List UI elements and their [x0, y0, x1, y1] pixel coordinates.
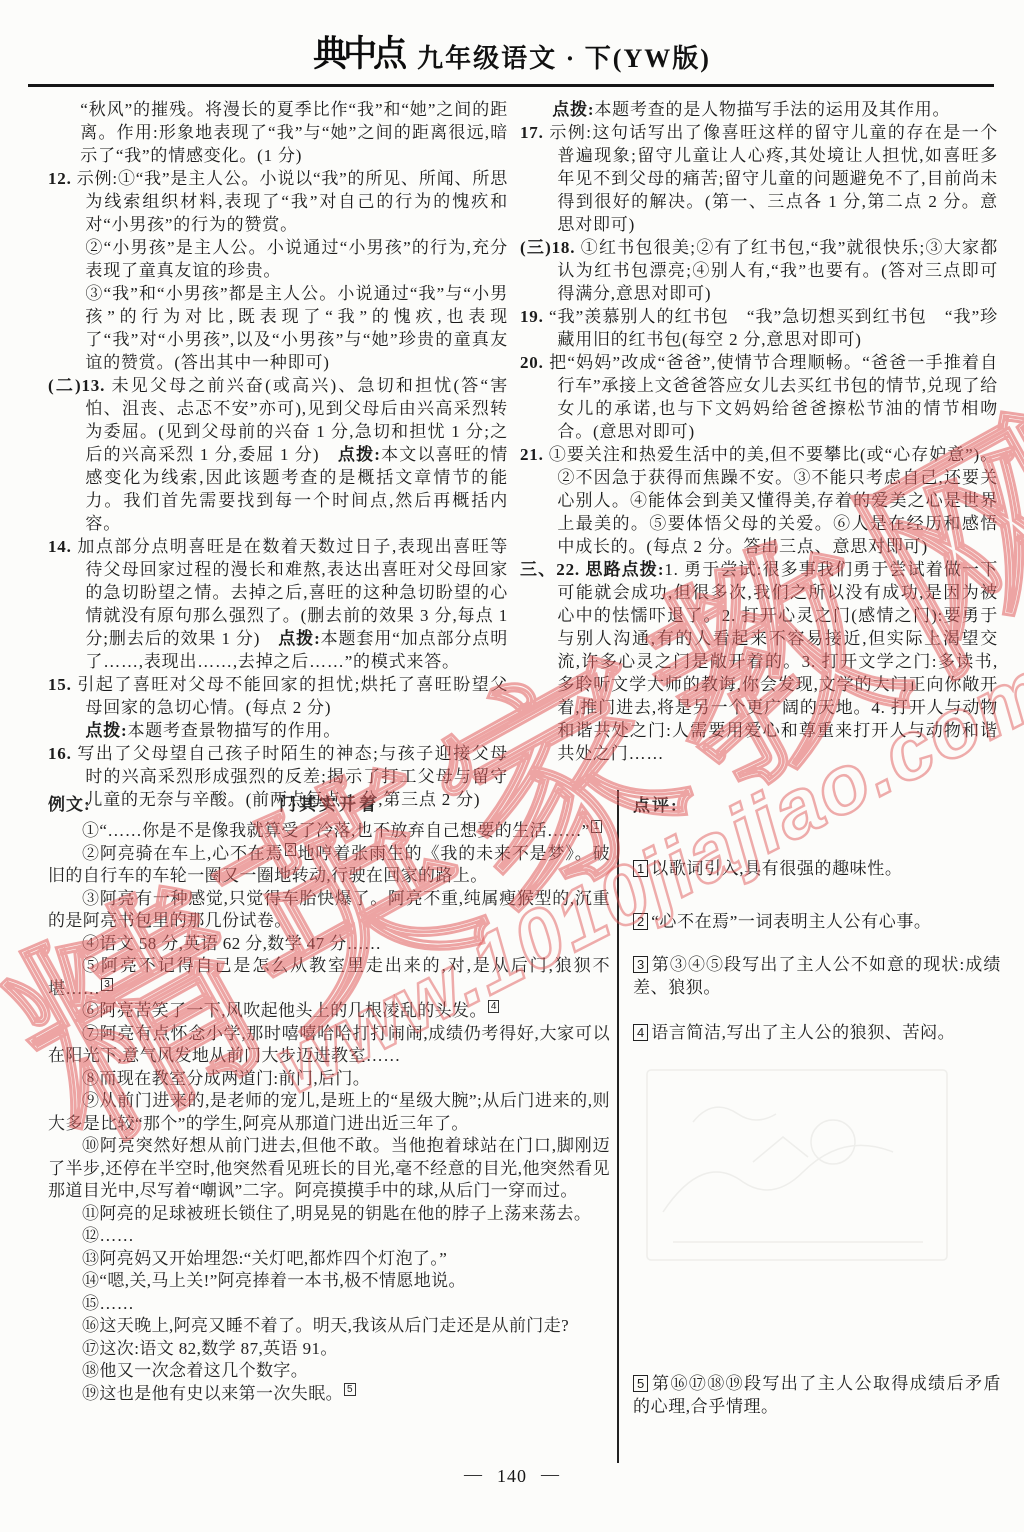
comment-text: 第⑯⑰⑱⑲段写出了主人公取得成绩后矛盾的心理,合乎情理。	[633, 1374, 1001, 1416]
answer-continuation: 点拨:本题考查的是人物描写手法的运用及其作用。	[520, 98, 998, 121]
essay-paragraph-4: ④语文 58 分,英语 62 分,数学 47 分……	[48, 933, 610, 956]
essay-paragraph-13: ⑬阿亮妈又开始埋怨:“关灯吧,都炸四个灯泡了。”	[48, 1248, 610, 1271]
brand-logo: 典中点	[313, 25, 403, 76]
essay-title-row: 例文: 门其实开着	[48, 794, 610, 818]
footer-dash: —	[541, 1464, 560, 1485]
essay-paragraph-2: ②阿亮骑在车上,心不在焉2地哼着张雨生的《我的未来不是梦》。破旧的自行车的车轮一…	[48, 843, 610, 888]
comment-item-3: 3第③④⑤段写出了主人公不如意的现状:成绩差、狼狈。	[633, 953, 1001, 999]
essay-paragraph-15: ⑮……	[48, 1293, 610, 1316]
essay-paragraph-6: ⑥阿亮苦笑了一下,风吹起他头上的几根凌乱的头发。4	[48, 1000, 610, 1023]
essay-paragraph-14: ⑭“嗯,关,马上关!”阿亮捧着一本书,极不情愿地说。	[48, 1270, 610, 1293]
essay-paragraph-9: ⑨从前门进来的,是老师的宠儿,是班上的“星级大腕”;从后门进来的,则大多是比较“…	[48, 1090, 610, 1135]
comment-text: “心不在焉”一词表明主人公有心事。	[651, 912, 931, 931]
comment-text: 第③④⑤段写出了主人公不如意的现状:成绩差、狼狈。	[633, 955, 1001, 997]
right-answer-column: 点拨:本题考查的是人物描写手法的运用及其作用。17. 示例:这句话写出了像喜旺这…	[520, 98, 998, 765]
answer-item-20: 20. 把“妈妈”改成“爸爸”,使情节合理顺畅。“爸爸一手推着自行车”承接上文爸…	[520, 351, 998, 443]
footnote-marker: 1	[591, 820, 603, 833]
answer-note: 点拨:本题考查景物描写的作用。	[48, 719, 508, 742]
comment-text: 以歌词引入,具有很强的趣味性。	[651, 859, 902, 878]
comment-marker: 3	[633, 956, 648, 973]
essay-paragraph-17: ⑰这次:语文 82,数学 87,英语 91。	[48, 1338, 610, 1361]
answer-item-12: 12. 示例:①“我”是主人公。小说以“我”的所见、所闻、所思为线索组织材料,表…	[48, 167, 508, 236]
comment-marker: 4	[633, 1024, 648, 1041]
comment-item-5: 5第⑯⑰⑱⑲段写出了主人公取得成绩后矛盾的心理,合乎情理。	[633, 1372, 1001, 1418]
answer-item-15: 15. 引起了喜旺对父母不能回家的担忧;烘托了喜旺盼望父母回家的急切心情。(每点…	[48, 673, 508, 719]
faded-illustration	[633, 1062, 963, 1277]
answer-sub: ③“我”和“小男孩”都是主人公。小说通过“我”与“小男孩”的行为对比,既表现了“…	[48, 282, 508, 374]
header-rule	[28, 84, 994, 87]
essay-paragraph-18: ⑱他又一次念着这几个数字。	[48, 1360, 610, 1383]
answer-item-21: 21. ①要关注和热爱生活中的美,但不要攀比(或“心存妒意”)。②不因急于获得而…	[520, 443, 998, 558]
essay-paragraph-8: ⑧而现在教室分成两道门:前门,后门。	[48, 1068, 610, 1091]
essay-paragraph-19: ⑲这也是他有史以来第一次失眠。5	[48, 1383, 610, 1406]
answer-item-22: 三、22. 思路点拨:1. 勇于尝试:很多事我们勇于尝试着做一下可能就会成功,但…	[520, 558, 998, 765]
answer-item-19: 19. “我”羡慕别人的红书包 “我”急切想买到红书包 “我”珍藏用旧的红书包(…	[520, 305, 998, 351]
comments-column: 点评: 1以歌词引入,具有很强的趣味性。2“心不在焉”一词表明主人公有心事。3第…	[633, 794, 1001, 1418]
answer-item-14: 14. 加点部分点明喜旺是在数着天数过日子,表现出喜旺等待父母回家过程的漫长和难…	[48, 535, 508, 673]
essay-title: 门其实开着	[48, 794, 610, 817]
left-answer-column: “秋风”的摧残。将漫长的夏季比作“我”和“她”之间的距离。作用:形象地表现了“我…	[48, 98, 508, 811]
column-divider	[617, 790, 619, 1463]
essay-paragraph-10: ⑩阿亮突然好想从前门进去,但他不敢。当他抱着球站在门口,脚刚迈了半步,还停在半空…	[48, 1135, 610, 1203]
page-title: 九年级语文 · 下(YW版)	[417, 38, 711, 75]
answer-item-13: (二)13. 未见父母之前兴奋(或高兴)、急切和担忧(答“害怕、沮丧、忐忑不安”…	[48, 374, 508, 535]
comments-label: 点评:	[633, 794, 1001, 817]
essay-paragraph-11: ⑪阿亮的足球被班长锁住了,明晃晃的钥匙在他的脖子上荡来荡去。	[48, 1203, 610, 1226]
answer-continuation: “秋风”的摧残。将漫长的夏季比作“我”和“她”之间的距离。作用:形象地表现了“我…	[48, 98, 508, 167]
essay-paragraph-7: ⑦阿亮有点怀念小学,那时嘻嘻哈哈打打闹闹,成绩仍考得好,大家可以在阳光下,意气风…	[48, 1023, 610, 1068]
comment-marker: 5	[633, 1375, 648, 1392]
essay-paragraph-12: ⑫……	[48, 1225, 610, 1248]
page-number: 140	[497, 1466, 527, 1486]
comment-text: 语言简洁,写出了主人公的狼狈、苦闷。	[651, 1023, 955, 1042]
page-footer: —140—	[0, 1466, 1024, 1487]
footer-dash: —	[464, 1464, 483, 1485]
comment-marker: 2	[633, 913, 648, 930]
essay-paragraph-5: ⑤阿亮不记得自己是怎么从教室里走出来的,对,是从后门,狼狈不堪……3	[48, 955, 610, 1000]
essay-paragraph-3: ③阿亮有一种感觉,只觉得车胎快爆了。阿亮不重,纯属瘦猴型的,沉重的是阿亮书包里的…	[48, 888, 610, 933]
model-essay-column: 例文: 门其实开着 ①“……你是不是像我就算受了冷落,也不放弃自己想要的生活………	[48, 794, 610, 1405]
footnote-marker: 3	[101, 978, 113, 991]
footnote-marker: 4	[488, 1000, 500, 1013]
workbook-answer-page: 典中点 九年级语文 · 下(YW版) “秋风”的摧残。将漫长的夏季比作“我”和“…	[0, 0, 1024, 1532]
footnote-marker: 5	[344, 1383, 356, 1396]
comment-item-4: 4语言简洁,写出了主人公的狼狈、苦闷。	[633, 1021, 1001, 1044]
footnote-marker: 2	[285, 843, 297, 856]
answer-item-18: (三)18. ①红书包很美;②有了红书包,“我”就很快乐;③大家都认为红书包漂亮…	[520, 236, 998, 305]
comment-marker: 1	[633, 860, 648, 877]
essay-paragraph-16: ⑯这天晚上,阿亮又睡不着了。明天,我该从后门走还是从前门走?	[48, 1315, 610, 1338]
comment-item-2: 2“心不在焉”一词表明主人公有心事。	[633, 910, 1001, 933]
answer-sub: ②“小男孩”是主人公。小说通过“小男孩”的行为,充分表现了童真友谊的珍贵。	[48, 236, 508, 282]
page-header: 典中点 九年级语文 · 下(YW版)	[0, 26, 1024, 75]
answer-item-17: 17. 示例:这句话写出了像喜旺这样的留守儿童的存在是一个普遍现象;留守儿童让人…	[520, 121, 998, 236]
comment-item-1: 1以歌词引入,具有很强的趣味性。	[633, 857, 1001, 880]
essay-paragraph-1: ①“……你是不是像我就算受了冷落,也不放弃自己想要的生活……”1	[48, 820, 610, 843]
